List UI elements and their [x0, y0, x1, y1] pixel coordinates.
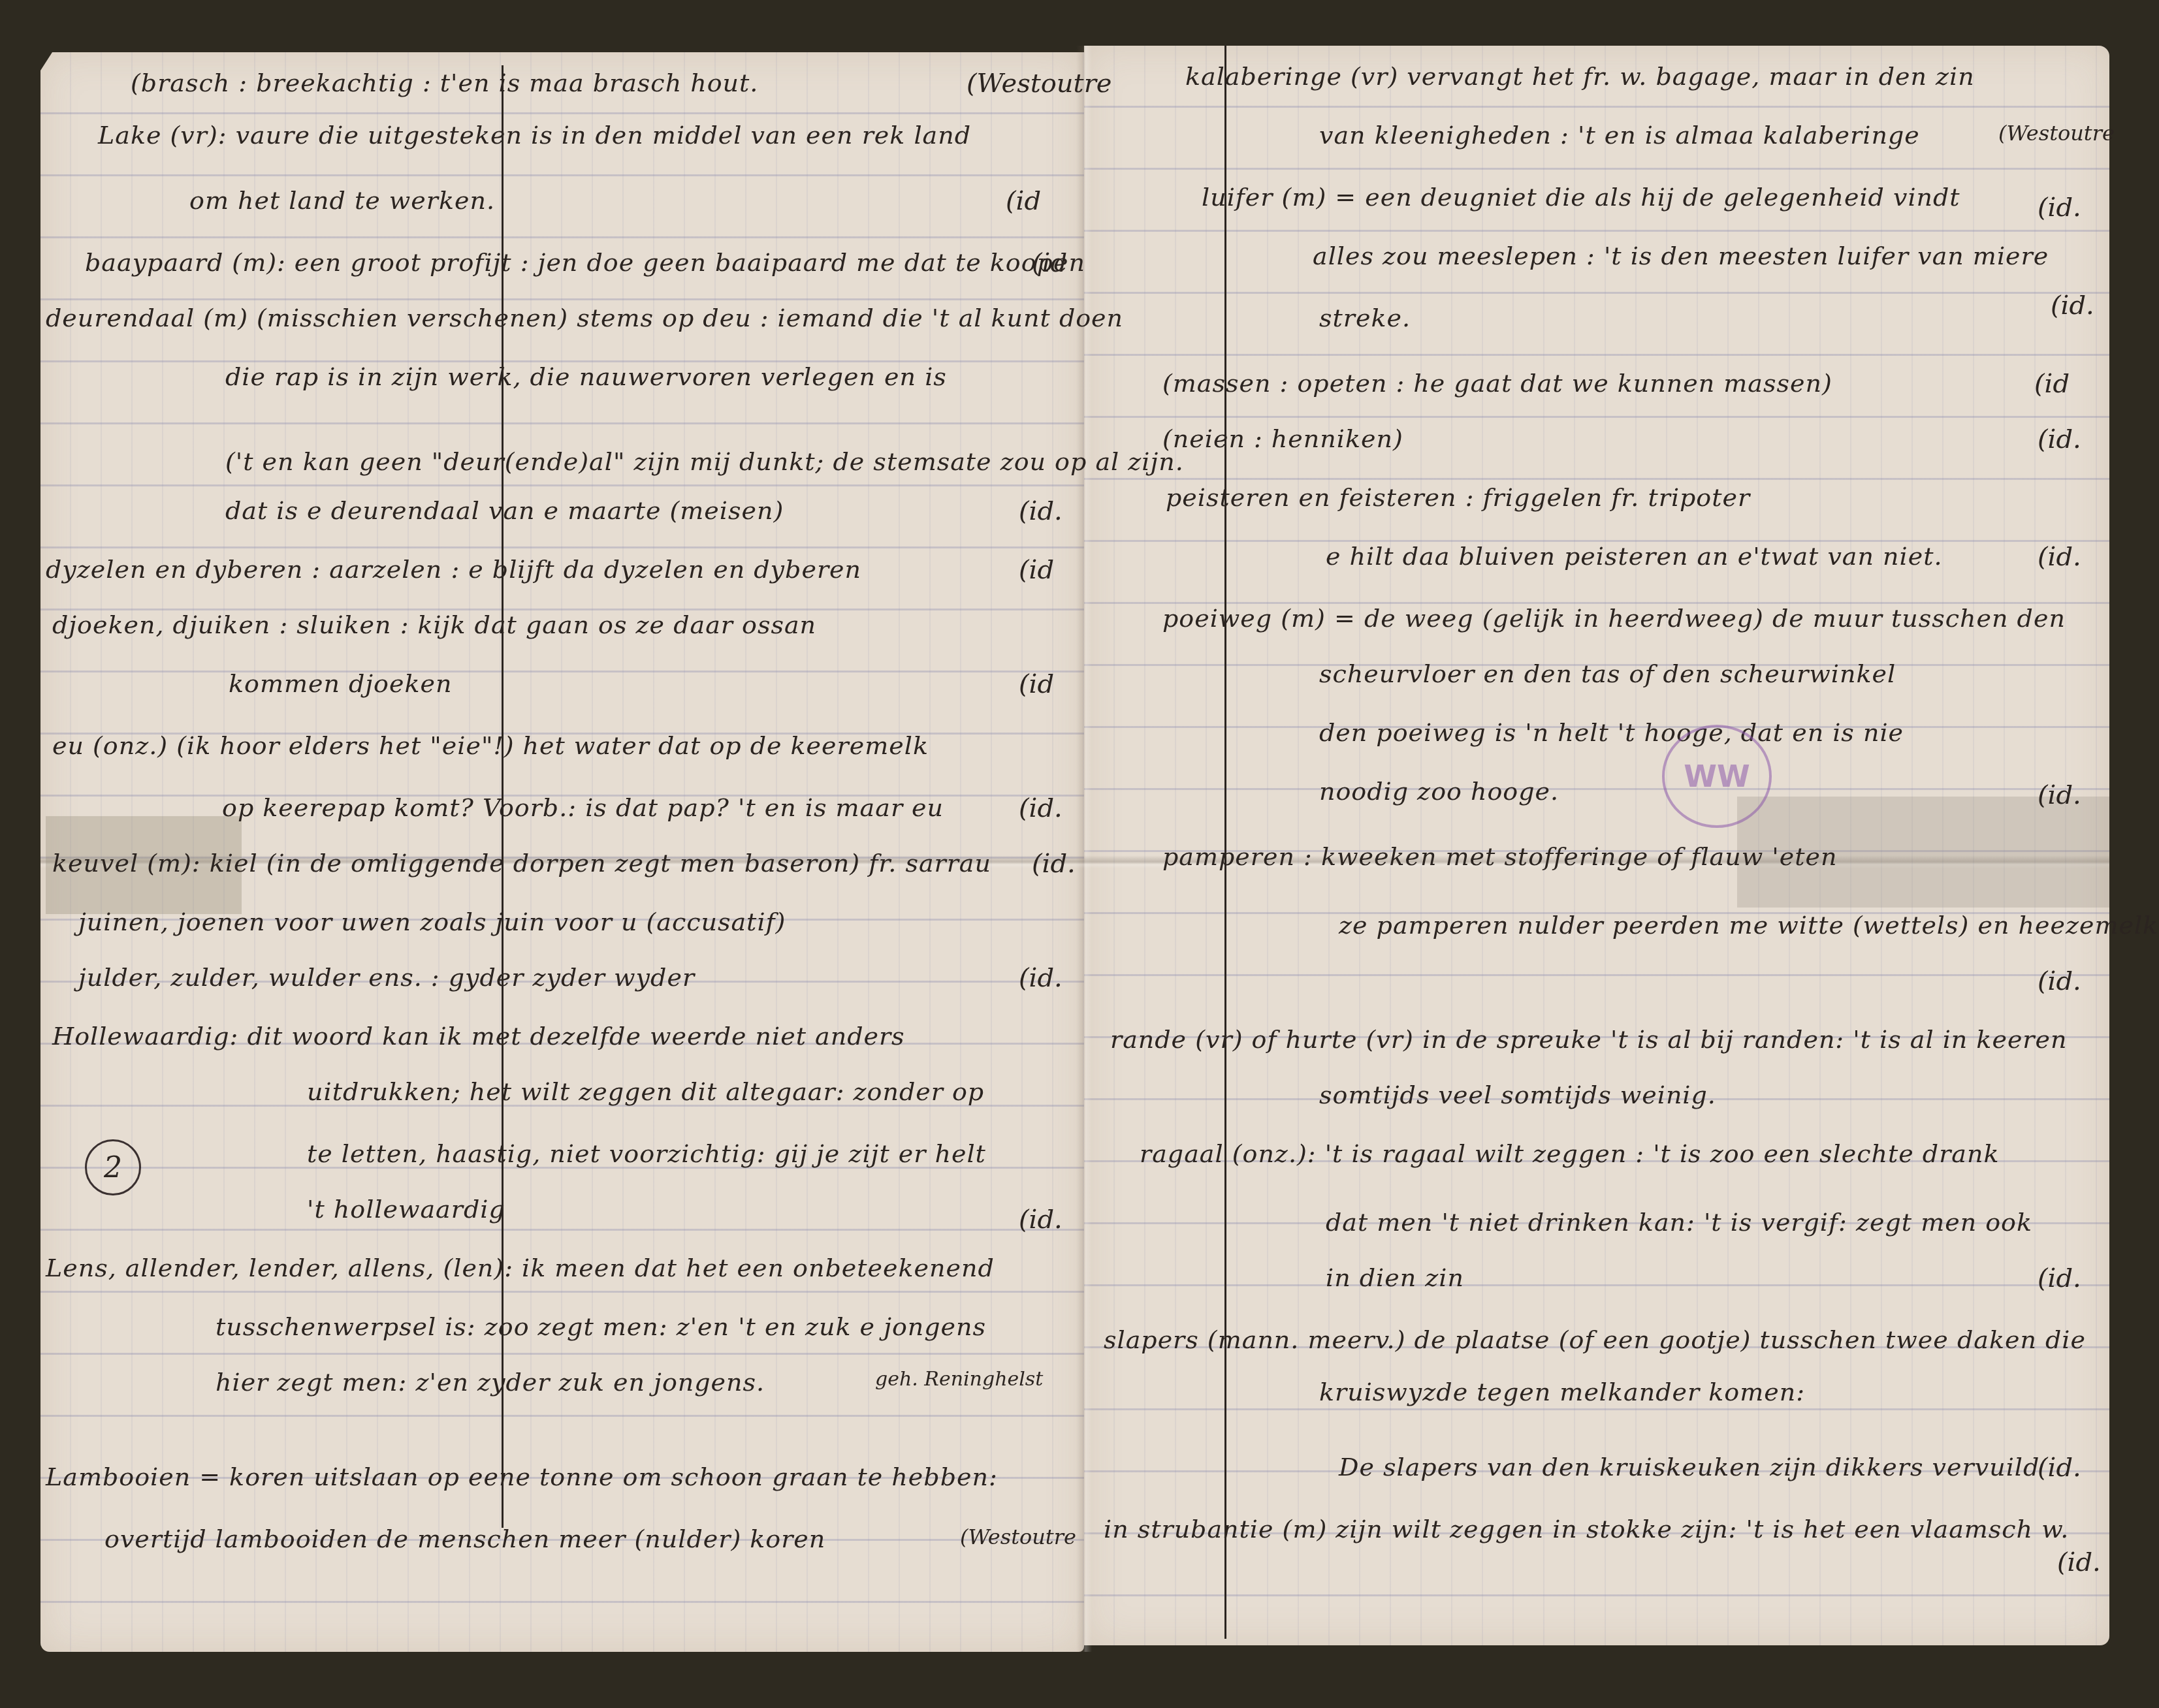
left-line-22: tusschenwerpsel is: zoo zegt men: z'en '… — [216, 1312, 986, 1341]
left-line-8: dat is e deurendaal van e maarte (meisen… — [225, 496, 784, 525]
stamp-text: WW — [1684, 759, 1750, 794]
left-line-12: eu (onz.) (ik hoor elders het "eie"!) he… — [52, 731, 929, 760]
left-line-1: (brasch : breekachtig : t'en is maa bras… — [131, 69, 758, 97]
left-ref-20: (id. — [1019, 1205, 1063, 1235]
left-line-5: deurendaal (m) (misschien verschenen) st… — [46, 304, 1123, 332]
right-ref-9: (id. — [2038, 542, 2081, 572]
right-line-13: noodig zoo hooge. — [1319, 777, 1559, 806]
left-ref-25: (Westoutre — [960, 1525, 1076, 1549]
right-ref-24: (id. — [2057, 1547, 2101, 1577]
left-line-17: Hollewaardig: dit woord kan ik met dezel… — [52, 1022, 905, 1051]
right-line-17: somtijds veel somtijds weinig. — [1319, 1081, 1716, 1109]
right-ref-5: (id. — [2051, 291, 2094, 321]
left-line-11: kommen djoeken — [229, 669, 452, 698]
right-line-23: De slapers van den kruiskeuken zijn dikk… — [1339, 1453, 2039, 1481]
right-line-6: (massen : opeten : he gaat dat we kunnen… — [1162, 369, 1832, 398]
left-ref-8: (id. — [1019, 496, 1063, 526]
right-line-21: slapers (mann. meerv.) de plaatse (of ee… — [1104, 1325, 2086, 1354]
right-line-2: van kleenigheden : 't en is almaa kalabe… — [1319, 121, 1920, 150]
left-line-24: Lambooien = koren uitslaan op eene tonne… — [46, 1463, 998, 1491]
left-ref-16: (id. — [1019, 963, 1063, 993]
left-ref-13: (id. — [1019, 793, 1063, 823]
right-line-22: kruiswyzde tegen melkander komen: — [1319, 1378, 1805, 1406]
right-ref-23: (id. — [2038, 1453, 2081, 1483]
page-number: 2 — [104, 1151, 122, 1184]
left-ref-3: (id — [1006, 186, 1041, 216]
left-line-19: te letten, haastig, niet voorzichtig: gi… — [307, 1139, 986, 1168]
archive-stamp: WW — [1662, 725, 1772, 828]
left-ref-14: (id. — [1032, 849, 1076, 879]
page-number-circle: 2 — [85, 1139, 141, 1195]
right-line-18: ragaal (onz.): 't is ragaal wilt zeggen … — [1140, 1139, 1999, 1168]
left-line-10: djoeken, djuiken : sluiken : kijk dat ga… — [52, 610, 816, 639]
right-line-14: pamperen : kweeken met stofferinge of fl… — [1162, 842, 1837, 871]
right-line-3: luifer (m) = een deugniet die als hij de… — [1202, 183, 1960, 212]
right-line-7: (neien : henniken) — [1162, 424, 1403, 453]
left-ref-1: (Westoutre — [967, 69, 1111, 99]
left-ref-9: (id — [1019, 555, 1054, 585]
right-line-8: peisteren en feisteren : friggelen fr. t… — [1166, 483, 1750, 512]
left-line-18: uitdrukken; het wilt zeggen dit altegaar… — [307, 1077, 984, 1106]
right-line-24: in strubantie (m) zijn wilt zeggen in st… — [1104, 1515, 2069, 1543]
right-line-12: den poeiweg is 'n helt 't hooge, dat en … — [1319, 718, 1904, 747]
left-line-9: dyzelen en dyberen : aarzelen : e blijft… — [46, 555, 861, 584]
left-line-21: Lens, allender, lender, allens, (len): i… — [46, 1254, 995, 1282]
left-line-2: Lake (vr): vaure die uitgesteken is in d… — [98, 121, 971, 150]
right-line-11: scheurvloer en den tas of den scheurwink… — [1319, 659, 1896, 688]
center-fold — [1076, 46, 1092, 1652]
right-line-10: poeiweg (m) = de weeg (gelijk in heerdwe… — [1162, 604, 2066, 633]
left-ref-11: (id — [1019, 669, 1054, 699]
left-line-23: hier zegt men: z'en zyder zuk en jongens… — [216, 1368, 765, 1397]
left-line-3: om het land te werken. — [189, 186, 495, 215]
right-ref-2: (Westoutre — [1998, 121, 2115, 146]
right-line-4: alles zou meeslepen : 't is den meesten … — [1313, 242, 2049, 270]
right-line-15: ze pamperen nulder peerden me witte (wet… — [1339, 911, 2158, 940]
left-line-6: die rap is in zijn werk, die nauwervoren… — [225, 362, 947, 391]
left-line-16: julder, zulder, wulder ens. : gyder zyde… — [78, 963, 695, 992]
right-line-16: rande (vr) of hurte (vr) in de spreuke '… — [1110, 1025, 2068, 1054]
left-line-14: keuvel (m): kiel (in de omliggende dorpe… — [52, 849, 991, 878]
left-line-25: overtijd lambooiden de menschen meer (nu… — [104, 1525, 825, 1553]
right-line-20: in dien zin — [1326, 1263, 1464, 1292]
left-ref-4: (id — [1032, 248, 1067, 278]
right-line-5: streke. — [1319, 304, 1411, 332]
right-ref-3: (id. — [2038, 193, 2081, 223]
left-line-13: op keerepap komt? Voorb.: is dat pap? 't… — [222, 793, 944, 822]
right-line-9: e hilt daa bluiven peisteren an e'twat v… — [1326, 542, 1943, 571]
left-ref-23: geh. Reninghelst — [875, 1368, 1043, 1391]
right-ref-6: (id — [2034, 369, 2070, 399]
right-ref-20: (id. — [2038, 1263, 2081, 1293]
right-ref-13: (id. — [2038, 780, 2081, 810]
right-ref-7: (id. — [2038, 424, 2081, 454]
left-line-7: ('t en kan geen "deur(ende)al" zijn mij … — [225, 447, 1184, 476]
right-ref-15: (id. — [2038, 966, 2081, 996]
left-line-20: 't hollewaardig — [307, 1195, 505, 1224]
right-line-19: dat men 't niet drinken kan: 't is vergi… — [1326, 1208, 2032, 1237]
left-line-4: baaypaard (m): een groot profijt : jen d… — [85, 248, 1085, 277]
left-line-15: juinen, joenen voor uwen zoals juin voor… — [78, 908, 786, 936]
right-line-1: kalaberinge (vr) vervangt het fr. w. bag… — [1185, 62, 1975, 91]
